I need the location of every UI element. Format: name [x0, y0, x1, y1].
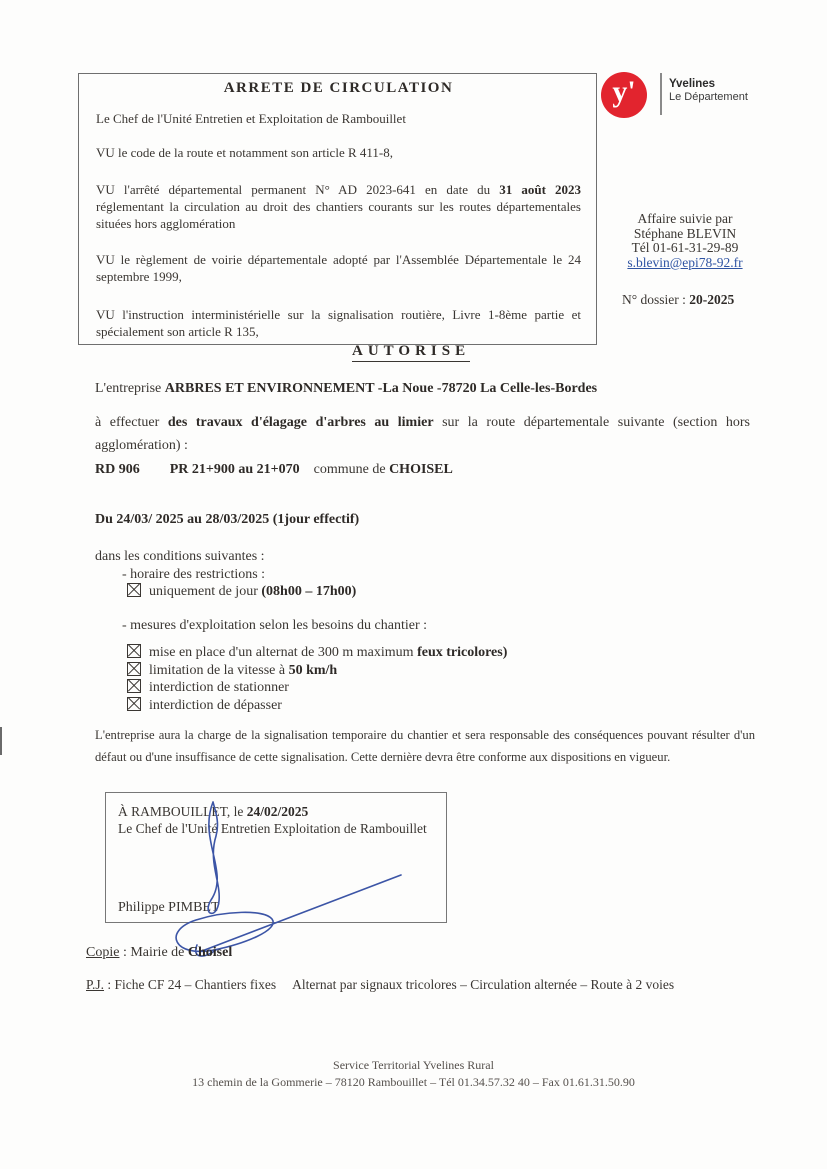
- copy-recipient-bold: Choisel: [188, 945, 232, 960]
- document-title: ARRETE DE CIRCULATION: [96, 80, 581, 97]
- works-pre: à effectuer: [95, 415, 168, 430]
- vu-paragraph-2-date: 31 août 2023: [499, 182, 581, 197]
- entreprise-value: ARBRES ET ENVIRONNEMENT -La Noue -78720 …: [165, 381, 597, 396]
- checkbox-label: mise en place d'un alternat de 300 m max…: [149, 645, 417, 660]
- footer-address: 13 chemin de la Gommerie – 78120 Ramboui…: [0, 1074, 827, 1091]
- contact-name: Stéphane BLEVIN: [605, 227, 765, 242]
- attachments-text: : Fiche CF 24 – Chantiers fixes: [104, 977, 276, 992]
- logo-divider: [660, 73, 662, 115]
- conditions-intro: dans les conditions suivantes :: [95, 548, 265, 566]
- checkbox-checked-icon: [127, 679, 141, 693]
- checkbox-checked-icon: [127, 697, 141, 711]
- footer: Service Territorial Yvelines Rural 13 ch…: [0, 1057, 827, 1090]
- signature-place-date: À RAMBOUILLET, le 24/02/2025: [118, 803, 434, 820]
- attachments-line: P.J. : Fiche CF 24 – Chantiers fixesAlte…: [86, 976, 674, 994]
- vu-paragraph-1: VU le code de la route et notamment son …: [96, 144, 581, 161]
- entreprise-line: L'entreprise ARBRES ET ENVIRONNEMENT -La…: [95, 380, 765, 398]
- checkbox-row-speed-limit: limitation de la vitesse à 50 km/h: [127, 662, 507, 680]
- checkbox-checked-icon: [127, 644, 141, 658]
- signer-name: Philippe PIMBET: [118, 899, 220, 916]
- checkbox-checked-icon: [127, 583, 141, 597]
- checkbox-day-only-hours: (08h00 – 17h00): [261, 584, 356, 599]
- dossier-value: 20-2025: [689, 292, 734, 307]
- dossier-number: N° dossier : 20-2025: [622, 292, 734, 308]
- scan-artifact: [0, 727, 2, 755]
- copy-separator: :: [119, 945, 130, 960]
- yvelines-logo-icon: y': [601, 72, 647, 118]
- road-pr-range: PR 21+900 au 21+070: [170, 462, 300, 477]
- checkbox-label: limitation de la vitesse à: [149, 663, 289, 678]
- works-type: des travaux d'élagage d'arbres au limier: [168, 415, 434, 430]
- copy-line: Copie : Mairie de Choisel: [86, 944, 232, 962]
- vu-paragraph-3: VU le règlement de voirie départementale…: [96, 251, 581, 285]
- schedule-label: - horaire des restrictions :: [122, 566, 265, 584]
- footer-service: Service Territorial Yvelines Rural: [0, 1057, 827, 1074]
- checkbox-row-day-only: uniquement de jour (08h00 – 17h00): [127, 583, 356, 601]
- checkbox-label: interdiction de stationner: [149, 680, 289, 695]
- contact-block: Affaire suivie par Stéphane BLEVIN Tél 0…: [605, 212, 765, 270]
- checkbox-row-alternat: mise en place d'un alternat de 300 m max…: [127, 644, 507, 662]
- legal-references-box: ARRETE DE CIRCULATION Le Chef de l'Unité…: [78, 73, 597, 345]
- commune-label: commune de: [314, 462, 389, 477]
- measures-checkbox-list: mise en place d'un alternat de 300 m max…: [127, 644, 507, 714]
- vu-paragraph-2-rest: réglementant la circulation au droit des…: [96, 199, 581, 231]
- road-number: RD 906: [95, 462, 140, 477]
- entreprise-label: L'entreprise: [95, 381, 165, 396]
- commune-name: CHOISEL: [389, 462, 453, 477]
- dossier-label: N° dossier :: [622, 292, 689, 307]
- checkbox-label-bold: 50 km/h: [289, 663, 338, 678]
- vu-paragraph-4: VU l'instruction interministérielle sur …: [96, 306, 581, 340]
- measures-label: - mesures d'exploitation selon les besoi…: [122, 617, 427, 635]
- logo-name: Yvelines: [669, 78, 789, 91]
- works-paragraph: à effectuer des travaux d'élagage d'arbr…: [95, 411, 750, 457]
- attachments-label: P.J.: [86, 977, 104, 992]
- contact-email-link[interactable]: s.blevin@epi78-92.fr: [605, 256, 765, 271]
- yvelines-logo-glyph: y': [612, 77, 635, 107]
- signature-function: Le Chef de l'Unité Entretien Exploitatio…: [118, 820, 434, 837]
- copy-recipient: Mairie de: [130, 945, 188, 960]
- vu-paragraph-2-text: VU l'arrêté départemental permanent N° A…: [96, 182, 499, 197]
- checkbox-day-only-label: uniquement de jour: [149, 584, 261, 599]
- checkbox-label: interdiction de dépasser: [149, 698, 282, 713]
- checkbox-checked-icon: [127, 662, 141, 676]
- logo-subtitle: Le Département: [669, 91, 789, 104]
- copy-label: Copie: [86, 945, 119, 960]
- autorise-heading: AUTORISE: [352, 343, 470, 362]
- logo-text: Yvelines Le Département: [669, 78, 789, 104]
- dates-line: Du 24/03/ 2025 au 28/03/2025 (1jour effe…: [95, 511, 359, 529]
- vu-paragraph-2: VU l'arrêté départemental permanent N° A…: [96, 181, 581, 232]
- contact-phone: Tél 01-61-31-29-89: [605, 241, 765, 256]
- attachments-text-2: Alternat par signaux tricolores – Circul…: [292, 977, 674, 992]
- document-page: ARRETE DE CIRCULATION Le Chef de l'Unité…: [0, 0, 827, 1169]
- signature-place: À RAMBOUILLET, le: [118, 804, 247, 819]
- responsibility-paragraph: L'entreprise aura la charge de la signal…: [95, 724, 755, 768]
- checkbox-label-bold: feux tricolores): [417, 645, 507, 660]
- signature-date: 24/02/2025: [247, 804, 309, 819]
- signature-box: À RAMBOUILLET, le 24/02/2025 Le Chef de …: [105, 792, 447, 923]
- checkbox-row-no-parking: interdiction de stationner: [127, 679, 507, 697]
- road-section-line: RD 906PR 21+900 au 21+070commune de CHOI…: [95, 461, 453, 479]
- checkbox-row-no-overtaking: interdiction de dépasser: [127, 697, 507, 715]
- chief-line: Le Chef de l'Unité Entretien et Exploita…: [96, 110, 581, 127]
- contact-intro: Affaire suivie par: [605, 212, 765, 227]
